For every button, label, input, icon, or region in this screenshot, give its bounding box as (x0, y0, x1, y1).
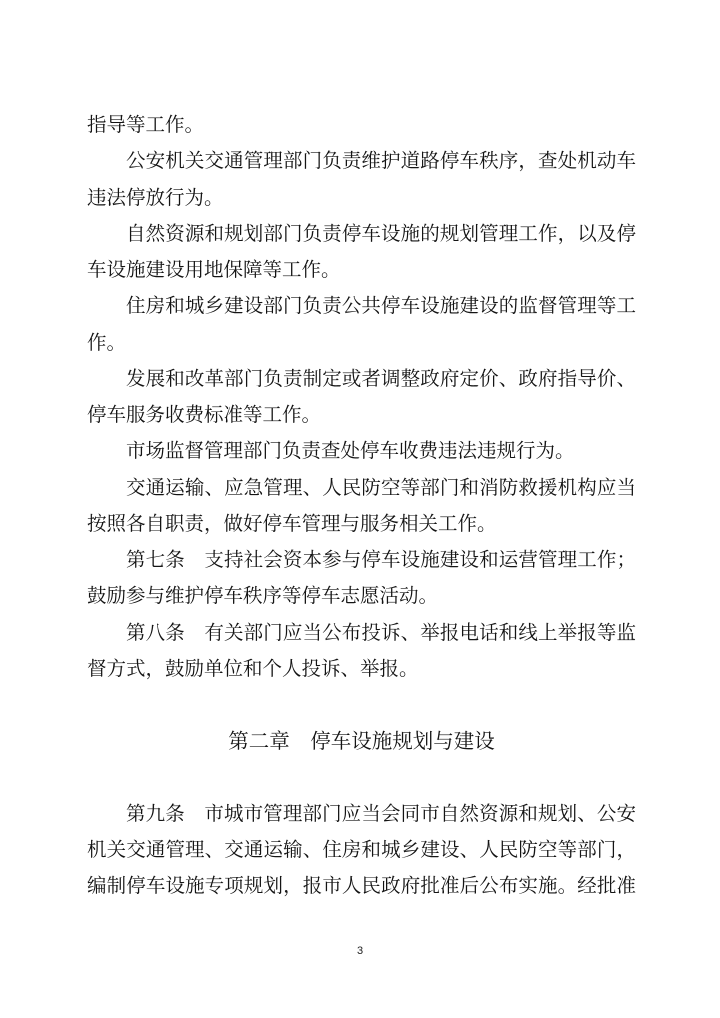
paragraph-housing: 住房和城乡建设部门负责公共停车设施建设的监督管理等工 作。 (87, 288, 636, 361)
article-number: 第九条 (126, 802, 185, 825)
paragraph-transport: 交通运输、应急管理、人民防空等部门和消防救援机构应当 按照各自职责，做好停车管理… (87, 470, 636, 543)
text-line: 第九条市城市管理部门应当会同市自然资源和规划、公安 (87, 796, 636, 832)
text-line: 市场监督管理部门负责查处停车收费违法违规行为。 (87, 433, 636, 469)
document-page: 指导等工作。 公安机关交通管理部门负责维护道路停车秩序，查处机动车 违法停放行为… (87, 107, 636, 905)
blank-line (87, 760, 636, 796)
text-line: 自然资源和规划部门负责停车设施的规划管理工作，以及停 (87, 216, 636, 252)
article-text: 有关部门应当公布投诉、举报电话和线上举报等监 (204, 621, 636, 644)
article-number: 第八条 (126, 621, 185, 644)
text-line: 公安机关交通管理部门负责维护道路停车秩序，查处机动车 (87, 143, 636, 179)
text-line: 按照各自职责，做好停车管理与服务相关工作。 (87, 506, 636, 542)
paragraph-development-reform: 发展和改革部门负责制定或者调整政府定价、政府指导价、 停车服务收费标准等工作。 (87, 361, 636, 434)
text-line: 发展和改革部门负责制定或者调整政府定价、政府指导价、 (87, 361, 636, 397)
chapter-number: 第二章 (228, 729, 290, 753)
text-line: 指导等工作。 (87, 107, 636, 143)
text-line: 停车服务收费标准等工作。 (87, 397, 636, 433)
text-line: 住房和城乡建设部门负责公共停车设施建设的监督管理等工 (87, 288, 636, 324)
chapter-heading: 第二章停车设施规划与建设 (87, 723, 636, 759)
text-line: 督方式，鼓励单位和个人投诉、举报。 (87, 651, 636, 687)
article-number: 第七条 (126, 548, 185, 571)
text-line: 编制停车设施专项规划，报市人民政府批准后公布实施。经批准 (87, 868, 636, 904)
text-line: 第七条支持社会资本参与停车设施建设和运营管理工作； (87, 542, 636, 578)
text-line: 车设施建设用地保障等工作。 (87, 252, 636, 288)
text-line: 第八条有关部门应当公布投诉、举报电话和线上举报等监 (87, 615, 636, 651)
paragraph-public-security: 公安机关交通管理部门负责维护道路停车秩序，查处机动车 违法停放行为。 (87, 143, 636, 216)
article-9: 第九条市城市管理部门应当会同市自然资源和规划、公安 机关交通管理、交通运输、住房… (87, 796, 636, 905)
text-line: 交通运输、应急管理、人民防空等部门和消防救援机构应当 (87, 470, 636, 506)
paragraph-natural-resources: 自然资源和规划部门负责停车设施的规划管理工作，以及停 车设施建设用地保障等工作。 (87, 216, 636, 289)
blank-line (87, 687, 636, 723)
article-7: 第七条支持社会资本参与停车设施建设和运营管理工作； 鼓励参与维护停车秩序等停车志… (87, 542, 636, 615)
paragraph-continuation: 指导等工作。 (87, 107, 636, 143)
paragraph-market-regulation: 市场监督管理部门负责查处停车收费违法违规行为。 (87, 433, 636, 469)
article-8: 第八条有关部门应当公布投诉、举报电话和线上举报等监 督方式，鼓励单位和个人投诉、… (87, 615, 636, 688)
text-line: 作。 (87, 325, 636, 361)
article-text: 市城市管理部门应当会同市自然资源和规划、公安 (204, 802, 636, 825)
text-line: 违法停放行为。 (87, 180, 636, 216)
text-line: 鼓励参与维护停车秩序等停车志愿活动。 (87, 578, 636, 614)
article-text: 支持社会资本参与停车设施建设和运营管理工作； (204, 548, 636, 571)
page-number: 3 (0, 943, 720, 959)
text-line: 机关交通管理、交通运输、住房和城乡建设、人民防空等部门， (87, 832, 636, 868)
chapter-title: 停车设施规划与建设 (310, 729, 495, 753)
